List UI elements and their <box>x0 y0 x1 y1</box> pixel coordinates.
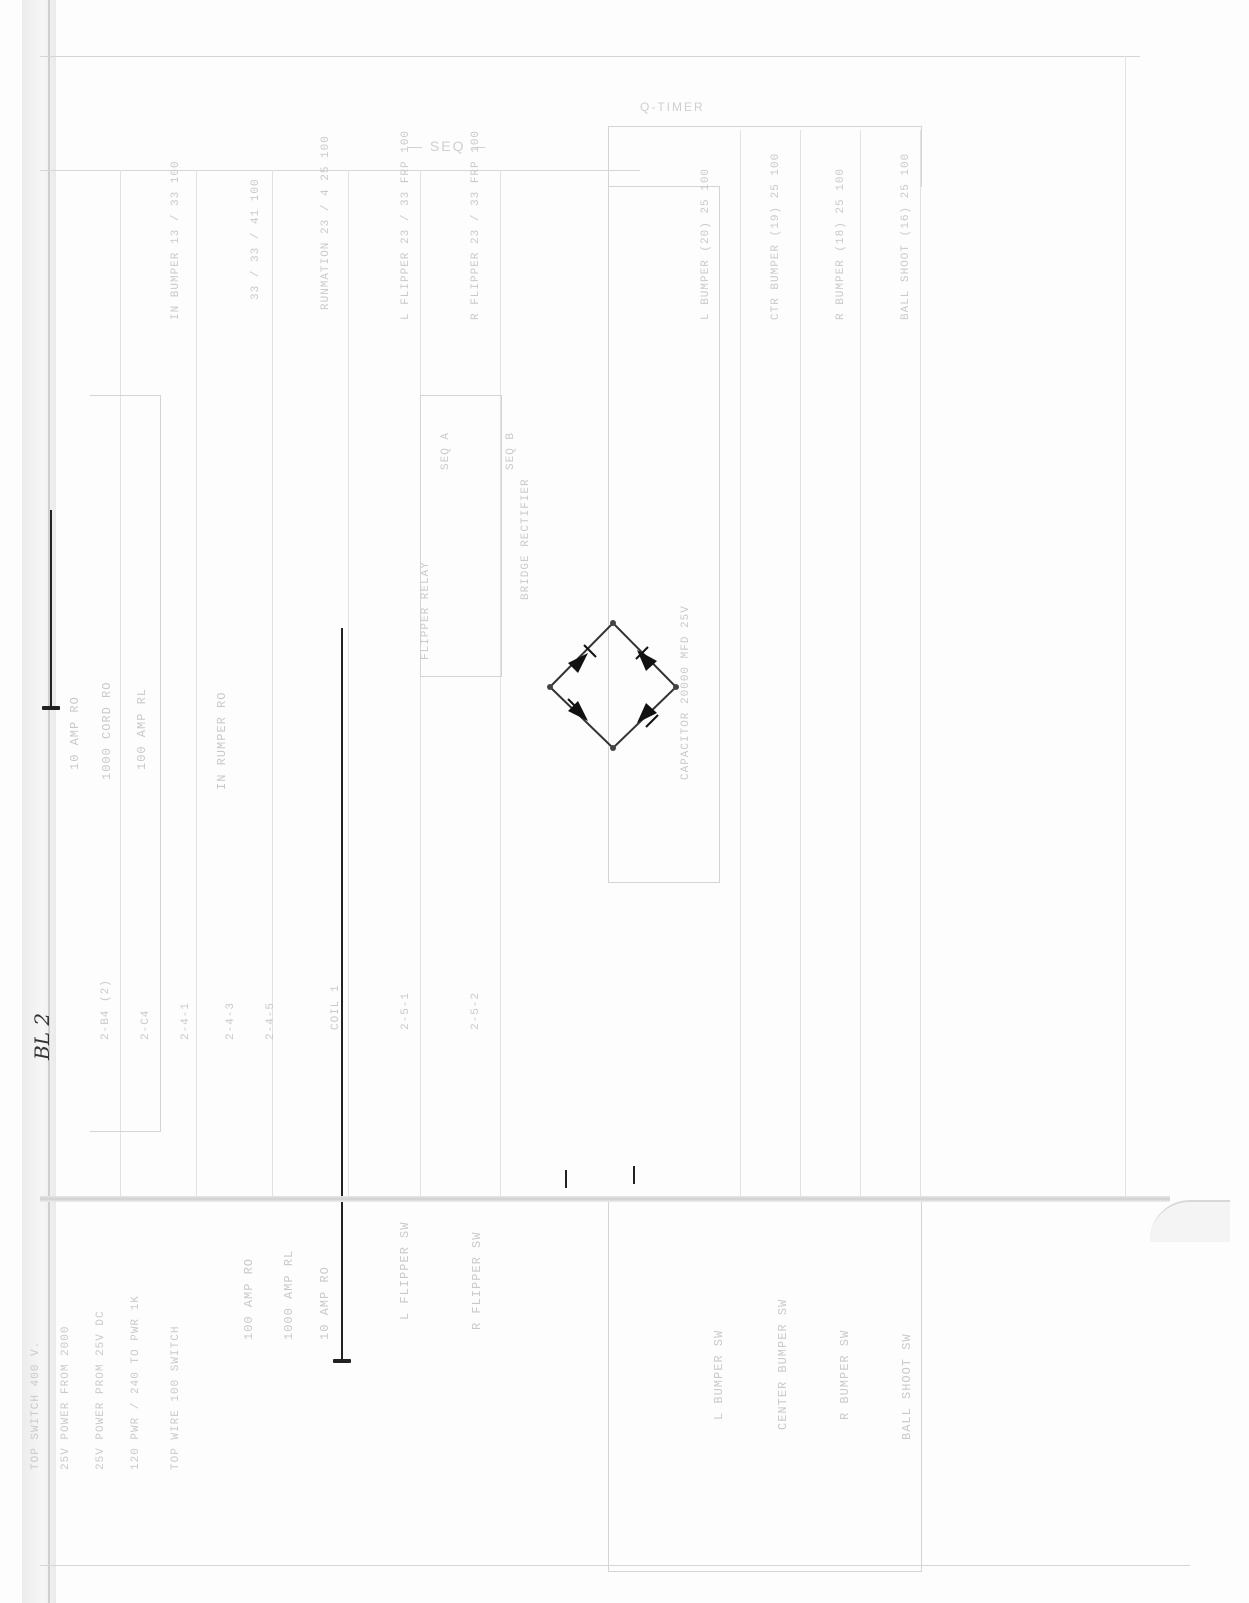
top-label: R FLIPPER 23 / 33 FRP 100 <box>470 130 482 320</box>
ink-trace-terminal <box>42 706 60 710</box>
paper-fold <box>40 1196 1170 1202</box>
switch-label: CENTER BUMPER SW <box>776 1299 790 1430</box>
lower-column-label: 10 AMP RO <box>318 1266 332 1340</box>
upper-column-label: 10 AMP RO <box>68 696 82 770</box>
section-header-line <box>40 170 640 171</box>
top-label: 33 / 33 / 41 100 <box>250 178 262 300</box>
coil-label: L BUMPER (20) 25 100 <box>700 168 712 320</box>
coil-label: CTR BUMPER (19) 25 100 <box>770 153 782 320</box>
ink-trace-terminal <box>333 1359 351 1363</box>
column-rule <box>500 170 501 1200</box>
paper-corner <box>1150 1200 1230 1242</box>
frame-right-line <box>1125 56 1126 1196</box>
mid-label: 2-4-5 <box>265 1002 277 1040</box>
seq-a-label: SEQ A <box>440 432 452 470</box>
switch-label: L BUMPER SW <box>712 1330 726 1420</box>
column-rule <box>800 130 801 1200</box>
mid-label: 2-B4 (2) <box>100 979 112 1040</box>
column-rule <box>420 170 421 1200</box>
coil-label: BALL SHOOT (16) 25 100 <box>900 153 912 320</box>
timer-panel-header-box <box>608 126 922 187</box>
relay-box <box>420 395 502 677</box>
top-label: IN BUMPER 13 / 33 100 <box>170 160 182 320</box>
ink-tick-mark <box>633 1166 635 1184</box>
upper-column-label: 1000 CORD RO <box>100 682 114 780</box>
column-rule <box>920 130 921 1200</box>
column-rule <box>272 170 273 1200</box>
lower-column-label: R FLIPPER SW <box>470 1232 484 1330</box>
ink-tick-mark <box>565 1170 567 1188</box>
handwritten-mark: BL 2 <box>30 1013 54 1060</box>
coil-label: R BUMPER (18) 25 100 <box>835 168 847 320</box>
left-strip-label: TOP SWITCH 400 V. <box>30 1341 42 1470</box>
lower-column-label: 1000 AMP RL <box>282 1250 296 1340</box>
panel-header: Q-TIMER <box>640 100 705 114</box>
column-rule <box>740 130 741 1200</box>
switch-label: R BUMPER SW <box>838 1330 852 1420</box>
lower-column-label: 100 AMP RO <box>242 1258 256 1340</box>
coil-switch-panel-box <box>608 1200 922 1572</box>
left-strip-label: TOP WIRE 100 SWITCH <box>170 1326 182 1470</box>
upper-column-label: 100 AMP RL <box>135 688 149 770</box>
upper-column-label: IN RUMPER RO <box>215 692 229 790</box>
bridge-rectifier-icon <box>540 615 690 765</box>
mid-label: 2-5-1 <box>400 992 412 1030</box>
schematic-sheet: — SEQ — Q-TIMER BL 2 TOP SWITCH 400 V. 2… <box>0 0 1249 1603</box>
left-strip-label: 25V POWER PROM 25V DC <box>95 1310 107 1470</box>
seq-b-label: SEQ B <box>505 432 517 470</box>
mid-label: 2-5-2 <box>470 992 482 1030</box>
lower-column-label: L FLIPPER SW <box>398 1222 412 1320</box>
column-rule <box>196 170 197 1200</box>
left-strip-label: 25V POWER FROM 2000 <box>60 1326 72 1470</box>
binding-edge-line <box>48 0 50 1603</box>
column-rule <box>860 130 861 1200</box>
top-label: L FLIPPER 23 / 33 FRP 100 <box>400 130 412 320</box>
column-rule <box>348 170 349 1200</box>
mid-label: 2-C4 <box>140 1010 152 1040</box>
mid-label: 2-4-3 <box>225 1002 237 1040</box>
frame-top-line <box>40 56 1140 57</box>
left-strip-label: 120 PWR / 240 TO PWR 1K <box>130 1295 142 1470</box>
flipper-relay-note: FLIPPER RELAY <box>420 561 432 660</box>
bridge-note: BRIDGE RECTIFIER <box>520 478 532 600</box>
top-label: RUNMATION 23 / 4 25 100 <box>320 135 332 310</box>
ink-trace-long <box>341 628 343 1363</box>
mid-label: 2-4-1 <box>180 1002 192 1040</box>
ink-trace-upper-left <box>50 510 52 710</box>
switch-label: BALL SHOOT SW <box>900 1333 914 1440</box>
